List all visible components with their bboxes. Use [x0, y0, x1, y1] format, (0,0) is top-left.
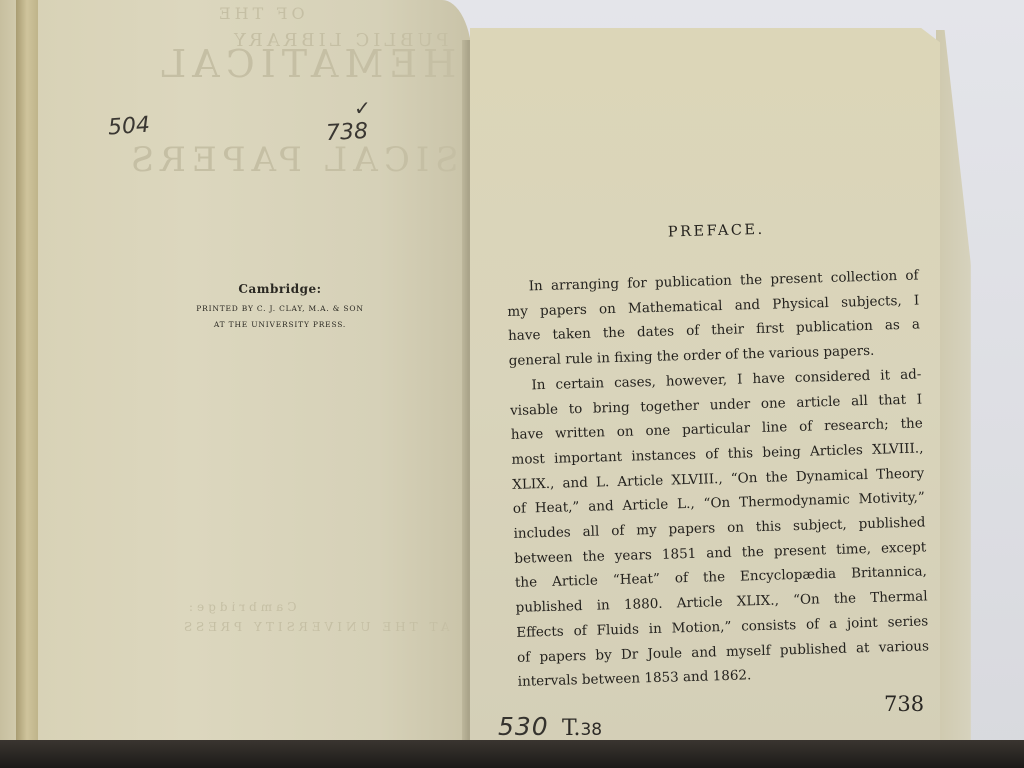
left-page-fore-edge	[16, 0, 38, 745]
checkmark-icon: ✓	[354, 96, 371, 120]
book-bottom-edge	[0, 740, 1024, 768]
stamp-letter: T.	[562, 716, 580, 741]
handwritten-number-738: 738	[325, 119, 368, 146]
imprint-printer: PRINTED BY C. J. CLAY, M.A. & SON	[180, 304, 380, 313]
page-number: 738	[884, 692, 924, 716]
paragraph-1: In arranging for publication the present…	[506, 263, 921, 373]
preface-text-block: PREFACE. In arranging for publication th…	[505, 213, 930, 694]
show-through-text: OF THE	[215, 4, 305, 23]
paragraph-2: In certain cases, however, I have consid…	[509, 362, 930, 695]
stamp-number: 38	[580, 720, 602, 740]
show-through-text: AT THE UNIVERSITY PRESS	[180, 620, 450, 634]
handwritten-number-504: 504	[107, 113, 151, 141]
handwritten-shelfmark: 530	[498, 712, 549, 741]
imprint-city: Cambridge:	[180, 282, 380, 296]
show-through-text: Cambridge:	[185, 600, 296, 614]
imprint-press: AT THE UNIVERSITY PRESS.	[180, 320, 380, 329]
library-stamp: T.38	[562, 716, 602, 741]
